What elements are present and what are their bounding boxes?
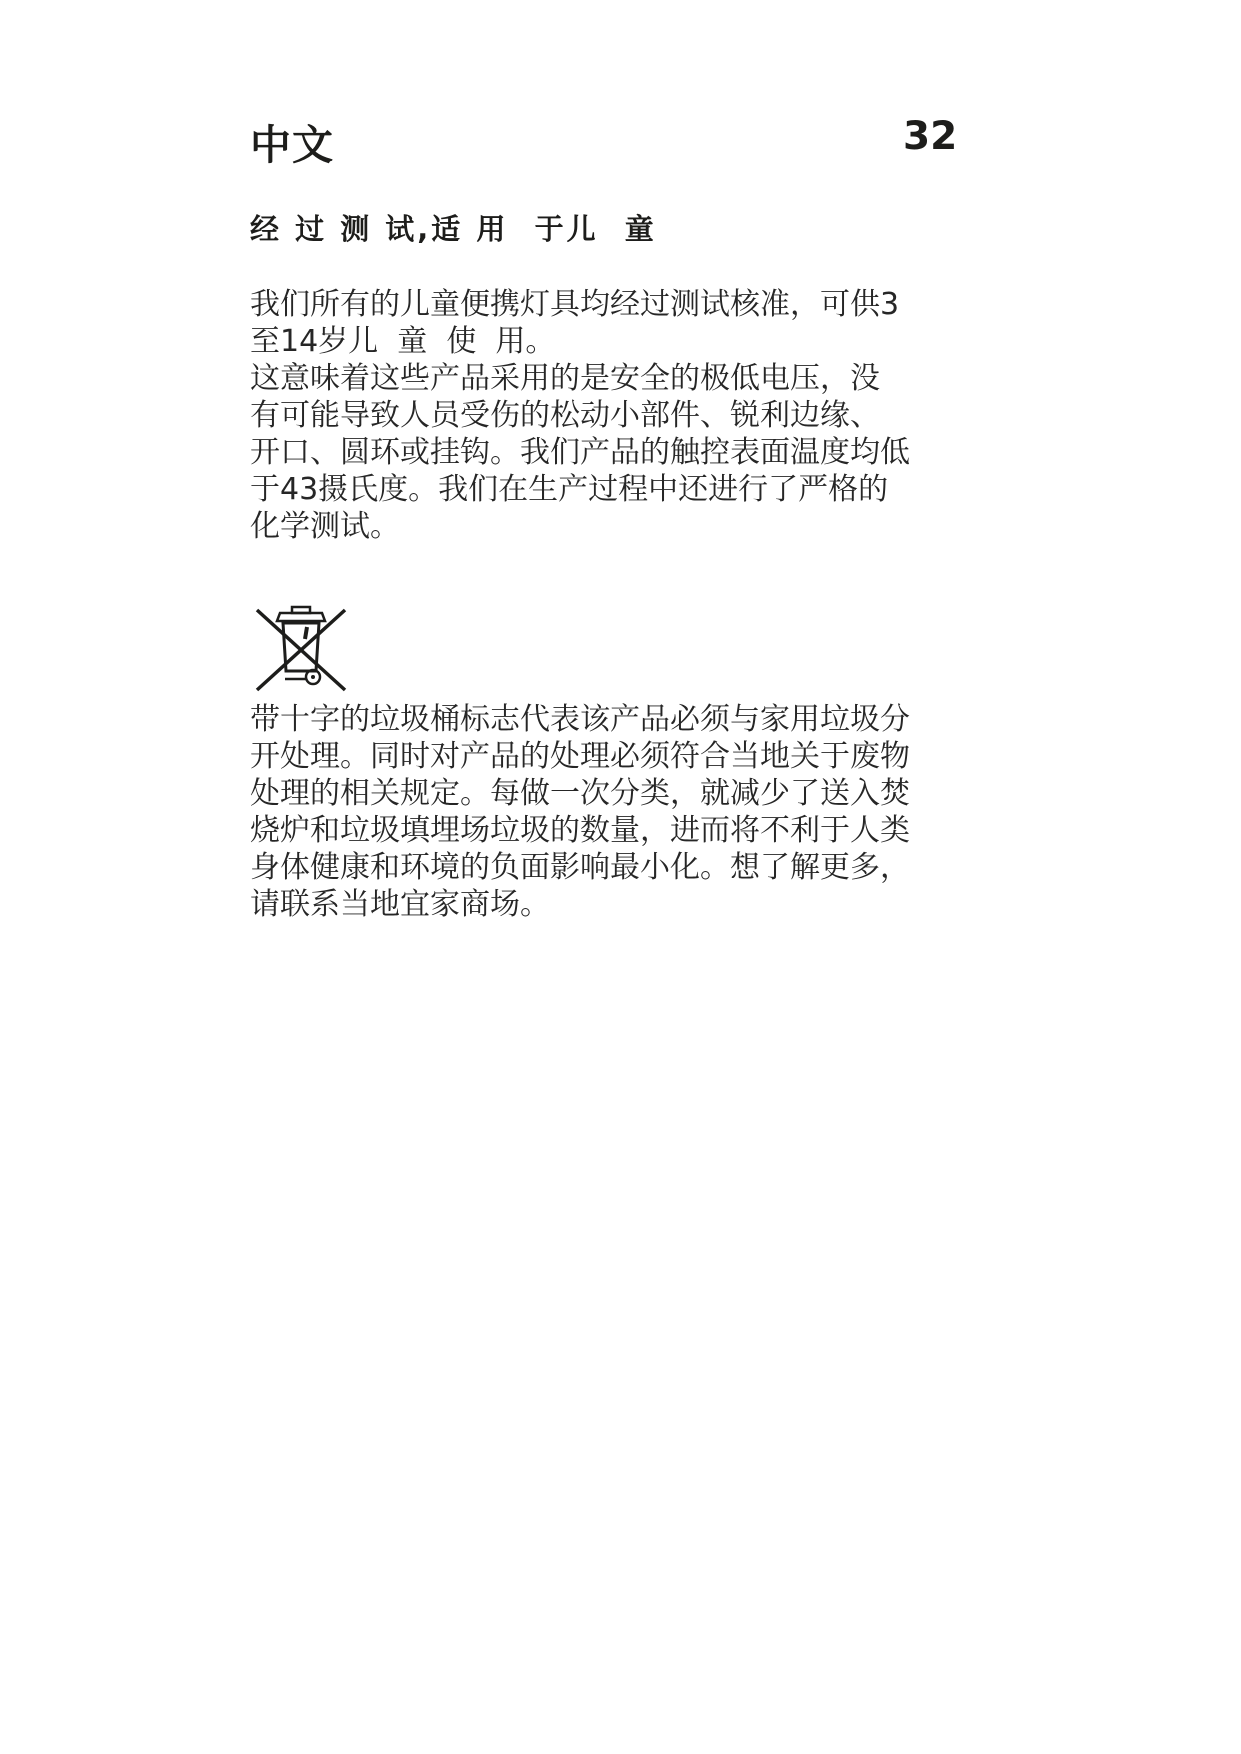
page-number: 32 xyxy=(903,114,957,159)
paragraph-line: 我们所有的儿童便携灯具均经过测试核准，可供3 xyxy=(250,286,910,323)
paragraph-line: 处理的相关规定。每做一次分类，就减少了送入焚 xyxy=(250,775,910,812)
paragraph-line: 至14岁儿 童 使 用。 xyxy=(250,323,910,360)
paragraph-line: 请联系当地宜家商场。 xyxy=(250,886,910,923)
paragraph-line: 这意味着这些产品采用的是安全的极低电压，没 xyxy=(250,360,910,397)
paragraph-line: 开口、圆环或挂钩。我们产品的触控表面温度均低 xyxy=(250,434,910,471)
language-title: 中文 xyxy=(250,112,334,171)
paragraph-line: 身体健康和环境的负面影响最小化。想了解更多， xyxy=(250,849,910,886)
tested-paragraph: 我们所有的儿童便携灯具均经过测试核准，可供3 至14岁儿 童 使 用。 这意味着… xyxy=(250,286,910,545)
manual-page: 中文 32 经 过 测 试,适 用 于儿 童 我们所有的儿童便携灯具均经过测试核… xyxy=(0,0,1241,1754)
paragraph-line: 开处理。同时对产品的处理必须符合当地关于废物 xyxy=(250,738,910,775)
paragraph-line: 于43摄氏度。我们在生产过程中还进行了严格的 xyxy=(250,471,910,508)
paragraph-line: 化学测试。 xyxy=(250,508,910,545)
paragraph-line: 带十字的垃圾桶标志代表该产品必须与家用垃圾分 xyxy=(250,701,910,738)
disposal-paragraph: 带十字的垃圾桶标志代表该产品必须与家用垃圾分 开处理。同时对产品的处理必须符合当… xyxy=(250,701,910,923)
section-heading: 经 过 测 试,适 用 于儿 童 xyxy=(250,207,657,248)
paragraph-line: 有可能导致人员受伤的松动小部件、锐利边缘、 xyxy=(250,397,910,434)
weee-crossed-out-bin-icon xyxy=(251,596,351,696)
paragraph-line: 烧炉和垃圾填埋场垃圾的数量，进而将不利于人类 xyxy=(250,812,910,849)
